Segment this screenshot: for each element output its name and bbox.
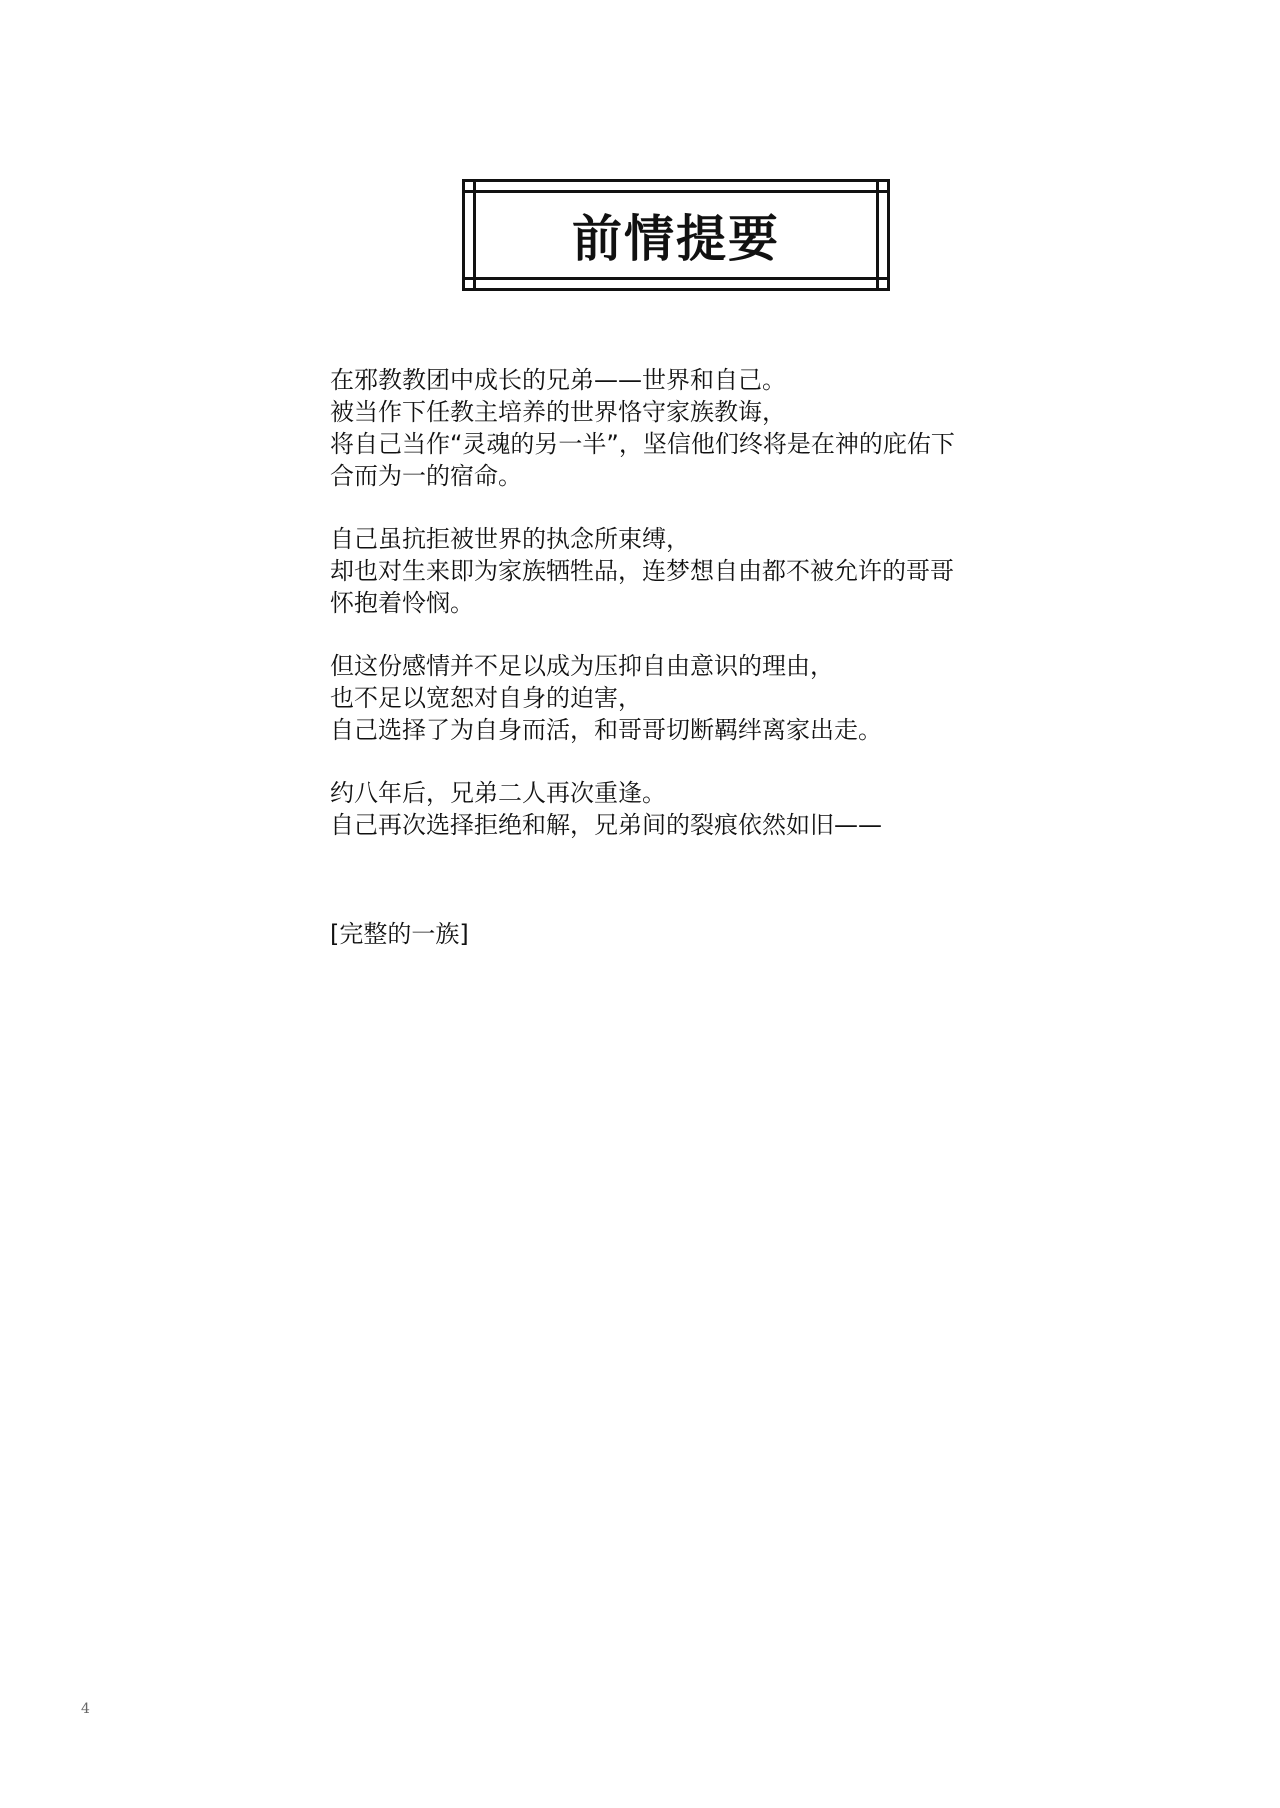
text-line: 在邪教教团中成长的兄弟——世界和自己。 bbox=[330, 364, 1050, 396]
page-number: 4 bbox=[81, 1701, 90, 1717]
title-frame-inner-line-bottom bbox=[462, 277, 890, 280]
paragraph-4: 约八年后，兄弟二人再次重逢。 自己再次选择拒绝和解，兄弟间的裂痕依然如旧—— bbox=[330, 777, 1050, 841]
text-line: 自己再次选择拒绝和解，兄弟间的裂痕依然如旧—— bbox=[330, 809, 1050, 841]
title-frame: 前情提要 bbox=[462, 179, 890, 291]
text-line: 被当作下任教主培养的世界恪守家族教诲， bbox=[330, 396, 1050, 428]
closing-title: [完整的一族] bbox=[330, 918, 469, 950]
text-line: 将自己当作“灵魂的另一半”，坚信他们终将是在神的庇佑下 bbox=[330, 428, 1050, 460]
paragraph-2: 自己虽抗拒被世界的执念所束缚， 却也对生来即为家族牺牲品，连梦想自由都不被允许的… bbox=[330, 523, 1050, 619]
text-line: 自己虽抗拒被世界的执念所束缚， bbox=[330, 523, 1050, 555]
synopsis-body: 在邪教教团中成长的兄弟——世界和自己。 被当作下任教主培养的世界恪守家族教诲， … bbox=[330, 364, 1050, 872]
text-line: 却也对生来即为家族牺牲品，连梦想自由都不被允许的哥哥 bbox=[330, 555, 1050, 587]
text-line: 怀抱着怜悯。 bbox=[330, 587, 1050, 619]
title-frame-inner-line-top bbox=[462, 190, 890, 193]
paragraph-3: 但这份感情并不足以成为压抑自由意识的理由， 也不足以宽恕对自身的迫害， 自己选择… bbox=[330, 650, 1050, 746]
text-line: 也不足以宽恕对自身的迫害， bbox=[330, 682, 1050, 714]
paragraph-1: 在邪教教团中成长的兄弟——世界和自己。 被当作下任教主培养的世界恪守家族教诲， … bbox=[330, 364, 1050, 492]
text-line: 但这份感情并不足以成为压抑自由意识的理由， bbox=[330, 650, 1050, 682]
text-line: 自己选择了为自身而活，和哥哥切断羁绊离家出走。 bbox=[330, 714, 1050, 746]
text-line: 约八年后，兄弟二人再次重逢。 bbox=[330, 777, 1050, 809]
page-title: 前情提要 bbox=[462, 199, 890, 271]
text-line: 合而为一的宿命。 bbox=[330, 460, 1050, 492]
